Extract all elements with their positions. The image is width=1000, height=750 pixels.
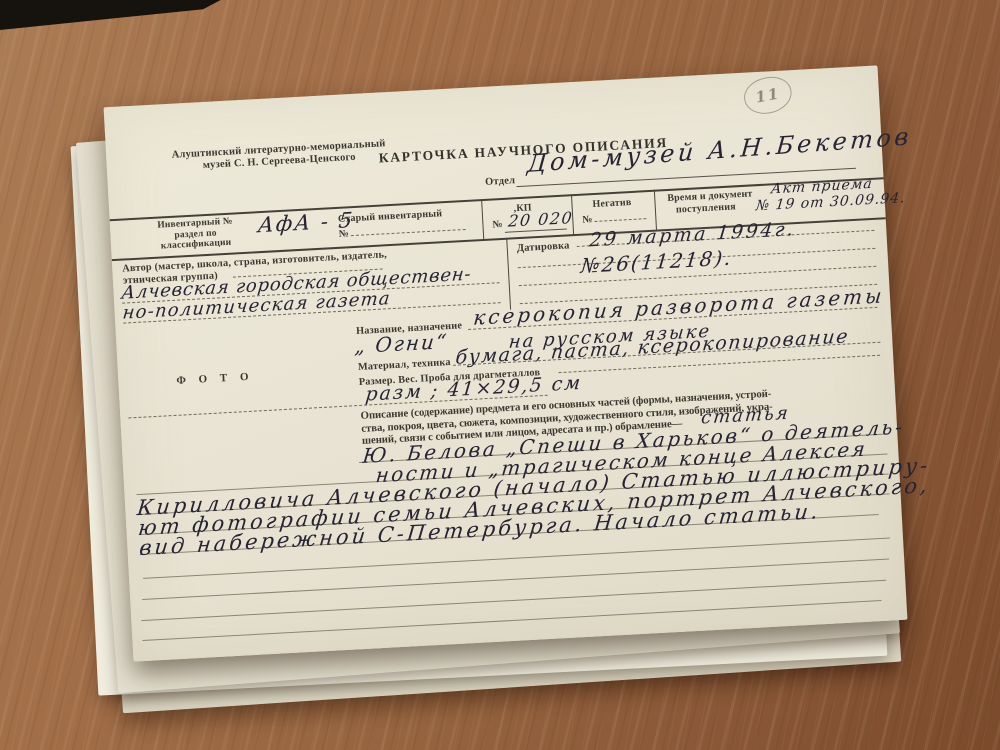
- material-label: Материал, техника: [358, 357, 451, 373]
- kp-value: 20 020: [507, 208, 574, 231]
- dark-table-object: [0, 0, 232, 34]
- arrival-label-line1: Время и документ: [667, 188, 753, 204]
- dating-value-line1: 29 марта 1994г.: [588, 218, 796, 251]
- name-value-line2a: „ Огни“: [354, 329, 450, 358]
- dating-label: Датировка: [517, 240, 570, 254]
- blank-rule-line: [142, 559, 889, 600]
- kp-no: №: [492, 219, 503, 231]
- column-divider: [571, 194, 574, 234]
- column-divider: [654, 190, 657, 230]
- inventory-label: Инвентарный № раздел по классификации: [140, 216, 252, 253]
- catalog-card: 11 Алуштинский литературно-мемориальный …: [104, 65, 908, 661]
- photo-zone-label: Ф О Т О: [176, 372, 254, 387]
- column-divider: [481, 199, 484, 239]
- column-divider: [506, 238, 511, 310]
- circled-page-number: 11: [741, 73, 795, 118]
- arrival-label-line2: поступления: [676, 201, 736, 215]
- negative-no: №: [582, 214, 593, 226]
- otdel-label: Отдел: [485, 175, 516, 188]
- page-number: 11: [754, 84, 782, 106]
- blank-rule-line: [141, 580, 886, 621]
- negative-label: Негатив: [592, 197, 632, 210]
- otdel-value: Дом-музей А.Н.Бекетов: [526, 122, 913, 178]
- old-inventory-no: №: [338, 228, 349, 240]
